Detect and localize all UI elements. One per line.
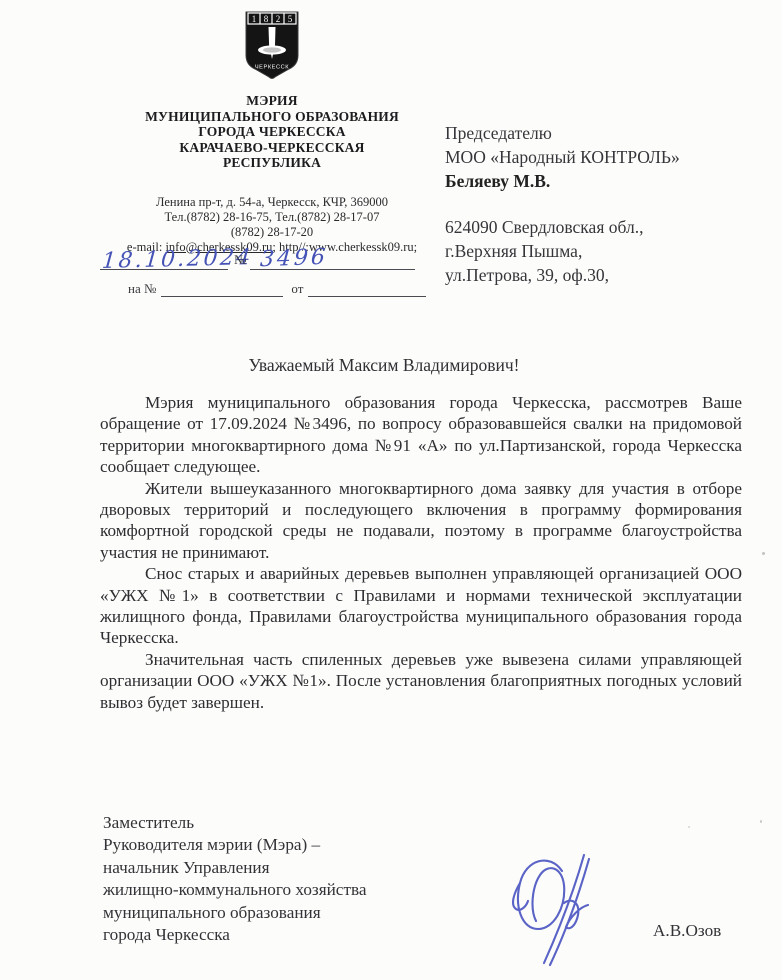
ot-label: от (291, 281, 308, 297)
org-name-line: РЕСПУБЛИКА (98, 155, 446, 171)
number-sign-label: № (234, 252, 246, 268)
reply-ref-row: на № от (128, 281, 435, 297)
body-paragraph: Снос старых и аварийных деревьев выполне… (100, 563, 742, 649)
signer-title-line: Заместитель (103, 812, 366, 834)
recipient-address-line: г.Верхняя Пышма, (445, 239, 680, 263)
org-name-line: МУНИЦИПАЛЬНОГО ОБРАЗОВАНИЯ (98, 109, 446, 125)
recipient-block: Председателю МОО «Народный КОНТРОЛЬ» Бел… (445, 121, 680, 287)
salutation: Уважаемый Максим Владимирович! (100, 355, 668, 376)
signer-title-line: начальник Управления (103, 857, 366, 879)
body-paragraph: Жители вышеуказанного многоквартирного д… (100, 478, 742, 564)
na-number-label: на № (128, 281, 161, 297)
signer-title-line: Руководителя мэрии (Мэра) – (103, 834, 366, 856)
emblem-digit: 1 (252, 14, 257, 24)
body-paragraph: Значительная часть спиленных деревьев уж… (100, 649, 742, 713)
org-address: Ленина пр-т, д. 54-а, Черкесск, КЧР, 369… (98, 195, 446, 210)
scan-speckle (760, 820, 762, 823)
org-name-line: КАРАЧАЕВО-ЧЕРКЕССКАЯ (98, 140, 446, 156)
na-number-blank-line (161, 282, 283, 297)
recipient-position: Председателю (445, 121, 680, 145)
handwritten-number: 3496 (259, 245, 329, 272)
number-blank-line: 3496 (250, 239, 415, 270)
scanned-letter-page: 1 8 2 5 ЧЕРКЕССК МЭРИЯ МУНИЦИПАЛЬНОГО ОБ… (0, 0, 782, 980)
ot-blank-line (308, 282, 426, 297)
date-blank-line: 18.10.2024 (100, 239, 228, 270)
ref-lines: 18.10.2024 № 3496 на № от (100, 236, 435, 297)
scan-speckle (762, 552, 765, 555)
recipient-organization: МОО «Народный КОНТРОЛЬ» (445, 145, 680, 169)
org-name-line: ГОРОДА ЧЕРКЕССКА (98, 124, 446, 140)
recipient-address-line: 624090 Свердловская обл., (445, 215, 680, 239)
cherkessk-coat-of-arms-icon: 1 8 2 5 ЧЕРКЕССК (243, 10, 301, 82)
org-phone: Тел.(8782) 28-16-75, Тел.(8782) 28-17-07 (98, 210, 446, 225)
date-number-row: 18.10.2024 № 3496 (100, 236, 435, 270)
recipient-address-line: ул.Петрова, 39, оф.30, (445, 263, 680, 287)
letterhead: 1 8 2 5 ЧЕРКЕССК МЭРИЯ МУНИЦИПАЛЬНОГО ОБ… (98, 10, 446, 255)
emblem-city-label: ЧЕРКЕССК (255, 65, 289, 71)
letter-body: Мэрия муниципального образования города … (100, 392, 742, 713)
org-name-line: МЭРИЯ (98, 93, 446, 109)
handwritten-signature-ink (500, 845, 630, 970)
emblem-digit: 8 (264, 14, 269, 24)
org-name: МЭРИЯ МУНИЦИПАЛЬНОГО ОБРАЗОВАНИЯ ГОРОДА … (98, 93, 446, 171)
emblem-digit: 5 (288, 14, 293, 24)
signer-title-line: жилищно-коммунального хозяйства (103, 879, 366, 901)
scan-speckle (688, 826, 690, 828)
signer-name: А.В.Озов (653, 921, 721, 941)
body-paragraph: Мэрия муниципального образования города … (100, 392, 742, 478)
signer-title-block: Заместитель Руководителя мэрии (Мэра) – … (103, 812, 366, 946)
signer-title-line: муниципального образования (103, 902, 366, 924)
handwritten-date: 18.10.2024 (101, 245, 254, 274)
spacer (445, 193, 680, 215)
signer-title-line: города Черкесска (103, 924, 366, 946)
emblem-digit: 2 (276, 14, 281, 24)
recipient-name: Беляеву М.В. (445, 169, 680, 193)
